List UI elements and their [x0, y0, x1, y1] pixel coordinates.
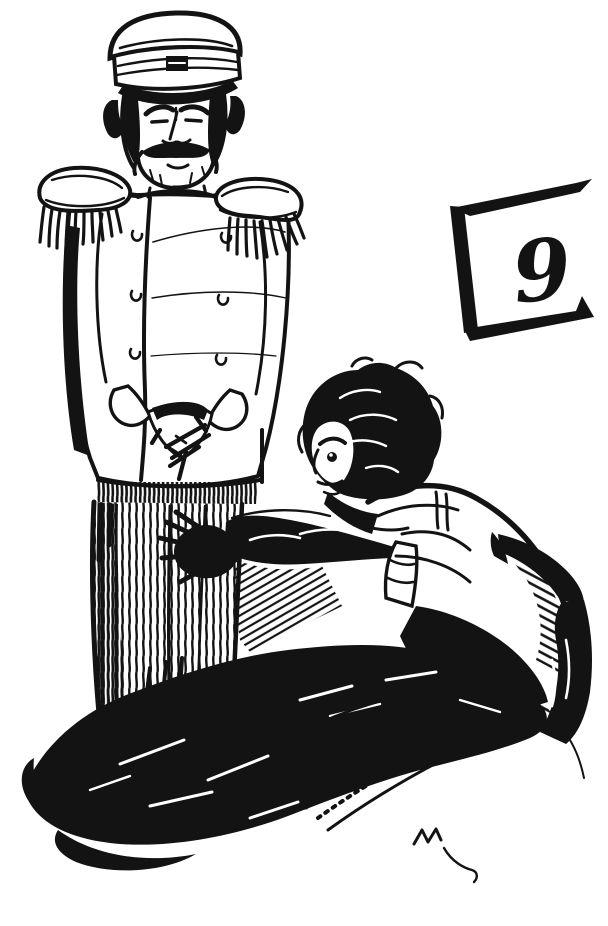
book-illustration: 9 [0, 0, 608, 926]
illustration-page: 9 [0, 0, 608, 926]
eye [327, 452, 337, 462]
plate-number: 9 [508, 218, 576, 323]
